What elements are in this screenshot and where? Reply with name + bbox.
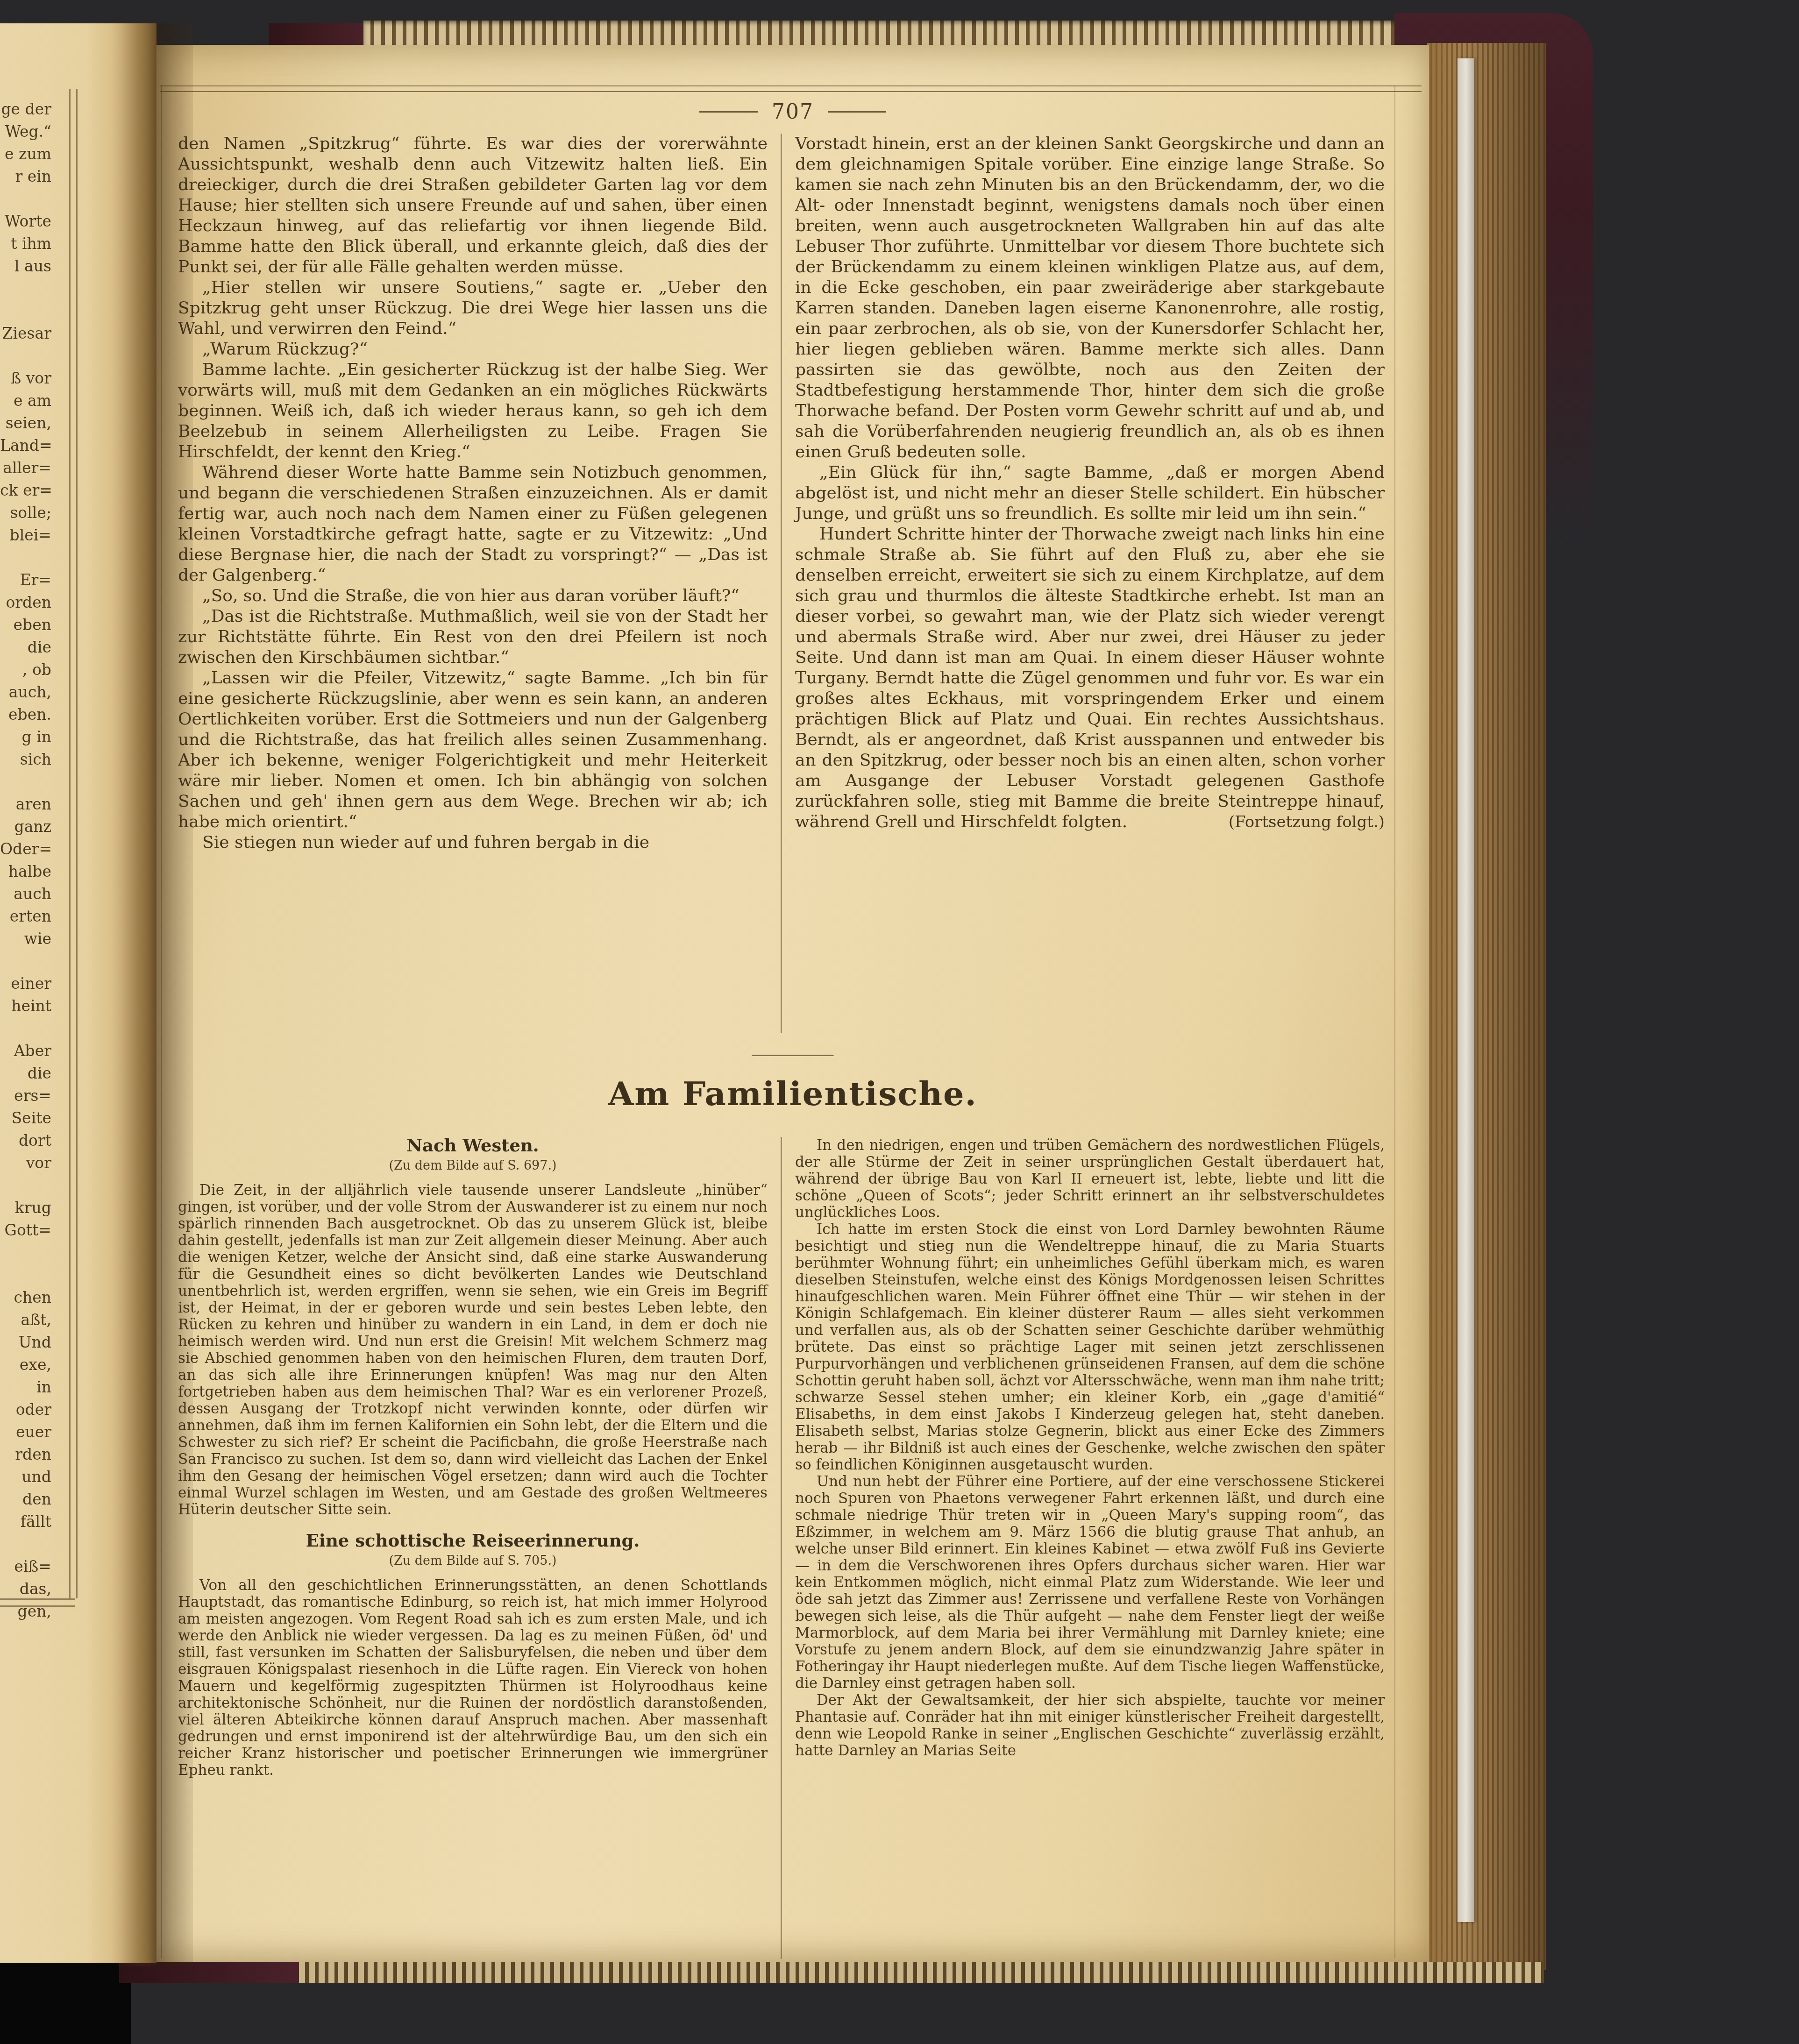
previous-page-text-fragments: ge derWeg.“e zumr einWortet ihml ausZies… bbox=[0, 98, 51, 1623]
previous-page-border-rule bbox=[69, 89, 78, 1598]
text-line: r ein bbox=[0, 165, 51, 188]
page-707: 707 den Namen „Spitzkrug“ führte. Es war… bbox=[156, 45, 1429, 1962]
text-line: Ziesar bbox=[0, 322, 51, 345]
serial-left-paragraphs: den Namen „Spitzkrug“ führte. Es war die… bbox=[178, 134, 768, 853]
article-schottische-reiseerinnerung: Eine schottische Reiseerinnerung. (Zu de… bbox=[178, 1532, 768, 1779]
serial-right-paragraphs: Vorstadt hinein, erst an der kleinen San… bbox=[795, 134, 1385, 832]
text-line: chen bbox=[0, 1286, 51, 1309]
section-title: Am Familientische. bbox=[156, 1074, 1429, 1113]
text-line: auch, bbox=[0, 681, 51, 703]
text-line bbox=[0, 546, 51, 569]
text-line: Von all den geschichtlichen Erinnerungss… bbox=[178, 1577, 768, 1779]
family-right-column: In den niedrigen, engen und trüben Gemäc… bbox=[795, 1137, 1385, 1959]
text-line: Während dieser Worte hatte Bamme sein No… bbox=[178, 462, 768, 586]
text-line: fällt bbox=[0, 1511, 51, 1533]
article-title: Nach Westen. bbox=[178, 1137, 768, 1154]
text-line: erten bbox=[0, 905, 51, 928]
text-line: und bbox=[0, 1466, 51, 1488]
text-line: Weg.“ bbox=[0, 121, 51, 143]
text-line: auch bbox=[0, 883, 51, 905]
text-line: , ob bbox=[0, 659, 51, 681]
column-divider-rule bbox=[781, 1137, 782, 1959]
section-separator-rule bbox=[752, 1055, 834, 1056]
text-line: Worte bbox=[0, 210, 51, 233]
serial-story-section: den Namen „Spitzkrug“ führte. Es war die… bbox=[178, 134, 1386, 1033]
serial-right-column: Vorstadt hinein, erst an der kleinen San… bbox=[795, 134, 1385, 1033]
text-line: halbe bbox=[0, 860, 51, 883]
text-line: rden bbox=[0, 1443, 51, 1466]
text-line bbox=[0, 188, 51, 210]
text-line: „Ein Glück für ihn,“ sagte Bamme, „daß e… bbox=[795, 462, 1385, 524]
text-line: e zum bbox=[0, 143, 51, 165]
text-line bbox=[0, 771, 51, 793]
text-line: Oder= bbox=[0, 838, 51, 860]
text-line: dort bbox=[0, 1129, 51, 1152]
text-line: Seite bbox=[0, 1107, 51, 1129]
text-line: eiß= bbox=[0, 1555, 51, 1578]
text-line: Der Akt der Gewaltsamkeit, der hier sich… bbox=[795, 1692, 1385, 1759]
page-number-row: 707 bbox=[156, 100, 1429, 124]
text-line: euer bbox=[0, 1421, 51, 1443]
text-line: ck er= bbox=[0, 479, 51, 502]
text-line: l aus bbox=[0, 255, 51, 277]
text-line: wie bbox=[0, 928, 51, 950]
text-line: Ich hatte im ersten Stock die einst von … bbox=[795, 1221, 1385, 1473]
text-line: vor bbox=[0, 1152, 51, 1174]
text-line: „So, so. Und die Straße, die von hier au… bbox=[178, 586, 768, 606]
page-block-top-edge bbox=[363, 21, 1432, 46]
text-line bbox=[0, 950, 51, 972]
text-line: den bbox=[0, 1488, 51, 1511]
text-line: g in bbox=[0, 726, 51, 748]
text-line: Hundert Schritte hinter der Thorwache zw… bbox=[795, 524, 1385, 832]
text-line: aßt, bbox=[0, 1309, 51, 1331]
text-line: oder bbox=[0, 1398, 51, 1421]
text-line: orden bbox=[0, 591, 51, 614]
text-line: aller= bbox=[0, 457, 51, 479]
page-number: 707 bbox=[772, 100, 814, 124]
page-block-fore-edge bbox=[1427, 43, 1546, 1970]
text-line: In den niedrigen, engen und trüben Gemäc… bbox=[795, 1137, 1385, 1221]
page-block-bottom-edge bbox=[299, 1962, 1544, 1983]
text-line: t ihm bbox=[0, 233, 51, 255]
text-line: eben. bbox=[0, 703, 51, 726]
text-line: krug bbox=[0, 1197, 51, 1219]
page-number-dash-right bbox=[828, 111, 886, 113]
page-head-rule bbox=[160, 85, 1422, 92]
text-line bbox=[0, 345, 51, 367]
book-gutter-shadow bbox=[111, 23, 193, 1966]
article-paragraphs: Von all den geschichtlichen Erinnerungss… bbox=[178, 1577, 768, 1779]
text-line bbox=[0, 1242, 51, 1264]
page-right-border-rule bbox=[1394, 85, 1395, 1959]
text-line: die bbox=[0, 636, 51, 659]
text-line: solle; bbox=[0, 502, 51, 524]
text-line: Vorstadt hinein, erst an der kleinen San… bbox=[795, 134, 1385, 462]
text-line: das, bbox=[0, 1578, 51, 1600]
text-line bbox=[0, 1017, 51, 1040]
text-line bbox=[0, 300, 51, 322]
text-line: in bbox=[0, 1376, 51, 1398]
text-line: Sie stiegen nun wieder auf und fuhren be… bbox=[178, 832, 768, 853]
text-line: ganz bbox=[0, 816, 51, 838]
book-scan-scene: ge derWeg.“e zumr einWortet ihml ausZies… bbox=[0, 0, 1799, 2044]
text-line: den Namen „Spitzkrug“ führte. Es war die… bbox=[178, 134, 768, 277]
text-line: e am bbox=[0, 390, 51, 412]
text-line: einer bbox=[0, 972, 51, 995]
text-line: blei= bbox=[0, 524, 51, 546]
text-line: heint bbox=[0, 995, 51, 1017]
text-line: Land= bbox=[0, 434, 51, 457]
text-line: ers= bbox=[0, 1085, 51, 1107]
text-line: seien, bbox=[0, 412, 51, 434]
text-line: „Das ist die Richtstraße. Muthmaßlich, w… bbox=[178, 606, 768, 668]
article-nach-westen: Nach Westen. (Zu dem Bilde auf S. 697.) … bbox=[178, 1137, 768, 1518]
text-line: sich bbox=[0, 748, 51, 771]
text-line: „Lassen wir die Pfeiler, Vitzewitz,“ sag… bbox=[178, 668, 768, 832]
text-line: Gott= bbox=[0, 1219, 51, 1242]
previous-page-border-corner bbox=[0, 1598, 75, 1607]
text-line bbox=[0, 1264, 51, 1286]
text-line: Die Zeit, in der alljährlich viele tause… bbox=[178, 1182, 768, 1518]
article-caption: (Zu dem Bilde auf S. 697.) bbox=[178, 1157, 768, 1174]
text-line: Und bbox=[0, 1331, 51, 1354]
page-block-highlight-strip bbox=[1458, 58, 1474, 1922]
text-line: aren bbox=[0, 793, 51, 816]
text-line bbox=[0, 1174, 51, 1197]
family-right-paragraphs: In den niedrigen, engen und trüben Gemäc… bbox=[795, 1137, 1385, 1759]
text-line: ge der bbox=[0, 98, 51, 121]
book-cover-top-edge bbox=[269, 23, 364, 46]
text-line bbox=[0, 277, 51, 300]
text-line: „Warum Rückzug?“ bbox=[178, 339, 768, 360]
text-line: Bamme lachte. „Ein gesicherter Rückzug i… bbox=[178, 360, 768, 462]
text-line: „Hier stellen wir unsere Soutiens,“ sagt… bbox=[178, 277, 768, 339]
text-line: Und nun hebt der Führer eine Portiere, a… bbox=[795, 1473, 1385, 1692]
serial-left-column: den Namen „Spitzkrug“ führte. Es war die… bbox=[178, 134, 768, 1033]
page-number-dash-left bbox=[699, 111, 758, 113]
article-paragraphs: Die Zeit, in der alljährlich viele tause… bbox=[178, 1182, 768, 1518]
family-table-section: Nach Westen. (Zu dem Bilde auf S. 697.) … bbox=[178, 1137, 1386, 1959]
text-line: exe, bbox=[0, 1354, 51, 1376]
text-line: die bbox=[0, 1062, 51, 1085]
article-caption: (Zu dem Bilde auf S. 705.) bbox=[178, 1553, 768, 1569]
column-divider-rule bbox=[781, 134, 782, 1033]
article-title: Eine schottische Reiseerinnerung. bbox=[178, 1532, 768, 1549]
text-line: eben bbox=[0, 614, 51, 636]
family-left-column: Nach Westen. (Zu dem Bilde auf S. 697.) … bbox=[178, 1137, 768, 1959]
text-line bbox=[0, 1533, 51, 1555]
text-line: Er= bbox=[0, 569, 51, 591]
text-line: ß vor bbox=[0, 367, 51, 390]
text-line: Aber bbox=[0, 1040, 51, 1062]
